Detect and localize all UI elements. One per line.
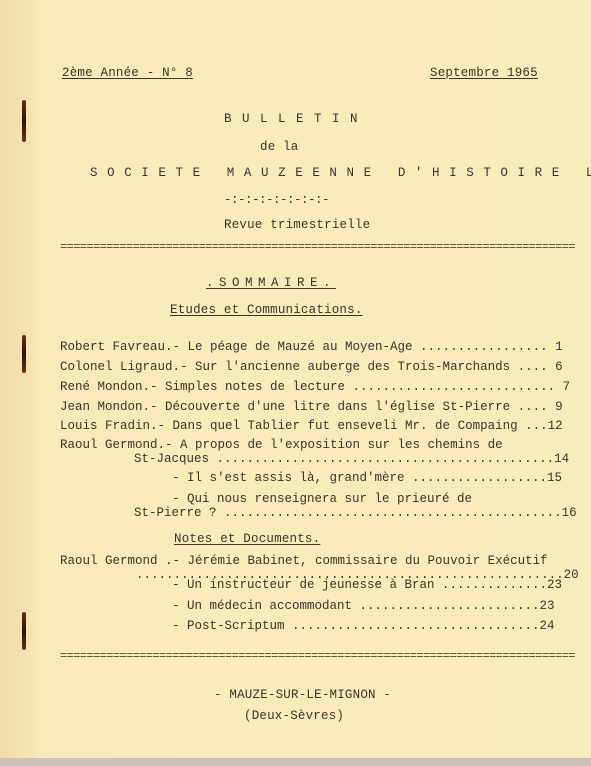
ornament: -:-:-:-:-:-:-:- bbox=[224, 193, 329, 207]
masthead-de-la: de la bbox=[260, 140, 299, 154]
toc-entry: Robert Favreau.- Le péage de Mauzé au Mo… bbox=[60, 340, 563, 354]
toc-entry: Colonel Ligraud.- Sur l'ancienne auberge… bbox=[60, 360, 563, 374]
staple-mark bbox=[22, 100, 26, 142]
issue-number: 2ème Année - N° 8 bbox=[62, 66, 193, 80]
toc-entry: Raoul Germond .- Jérémie Babinet, commis… bbox=[60, 554, 548, 568]
masthead-title: BULLETIN bbox=[224, 112, 368, 126]
footer-region: (Deux-Sèvres) bbox=[244, 709, 344, 723]
toc-entry-continued: St-Pierre ? ............................… bbox=[134, 506, 577, 520]
toc-entry: - Un instructeur de jeunesse à Bran ....… bbox=[172, 578, 562, 592]
document-page: 2ème Année - N° 8 Septembre 1965 BULLETI… bbox=[0, 0, 591, 766]
society-name: SOCIETE MAUZEENNE D'HISTOIRE LOCALE bbox=[90, 166, 591, 180]
page-bottom-edge bbox=[0, 758, 591, 766]
footer-place: - MAUZE-SUR-LE-MIGNON - bbox=[214, 688, 391, 702]
toc-entry: Louis Fradin.- Dans quel Tablier fut ens… bbox=[60, 419, 563, 433]
separator-bottom: ========================================… bbox=[60, 649, 591, 663]
toc-entry: Jean Mondon.- Découverte d'une litre dan… bbox=[60, 400, 563, 414]
toc-entry: - Un médecin accommodant ...............… bbox=[172, 599, 555, 613]
section-heading-etudes: Etudes et Communications. bbox=[170, 303, 363, 317]
toc-entry: - Qui nous renseignera sur le prieuré de bbox=[172, 492, 472, 506]
toc-entry: - Il s'est assis là, grand'mère ........… bbox=[172, 471, 562, 485]
toc-entry: Raoul Germond.- A propos de l'exposition… bbox=[60, 438, 503, 452]
section-heading-notes: Notes et Documents. bbox=[174, 532, 320, 546]
subtitle: Revue trimestrielle bbox=[224, 218, 370, 232]
separator-top: ========================================… bbox=[60, 240, 591, 254]
toc-entry-continued: St-Jacques .............................… bbox=[134, 452, 569, 466]
issue-date: Septembre 1965 bbox=[430, 66, 538, 80]
staple-mark bbox=[22, 335, 26, 373]
sommaire-title: .SOMMAIRE. bbox=[206, 276, 336, 290]
toc-entry: René Mondon.- Simples notes de lecture .… bbox=[60, 380, 570, 394]
toc-entry: - Post-Scriptum ........................… bbox=[172, 619, 555, 633]
staple-mark bbox=[22, 612, 26, 650]
